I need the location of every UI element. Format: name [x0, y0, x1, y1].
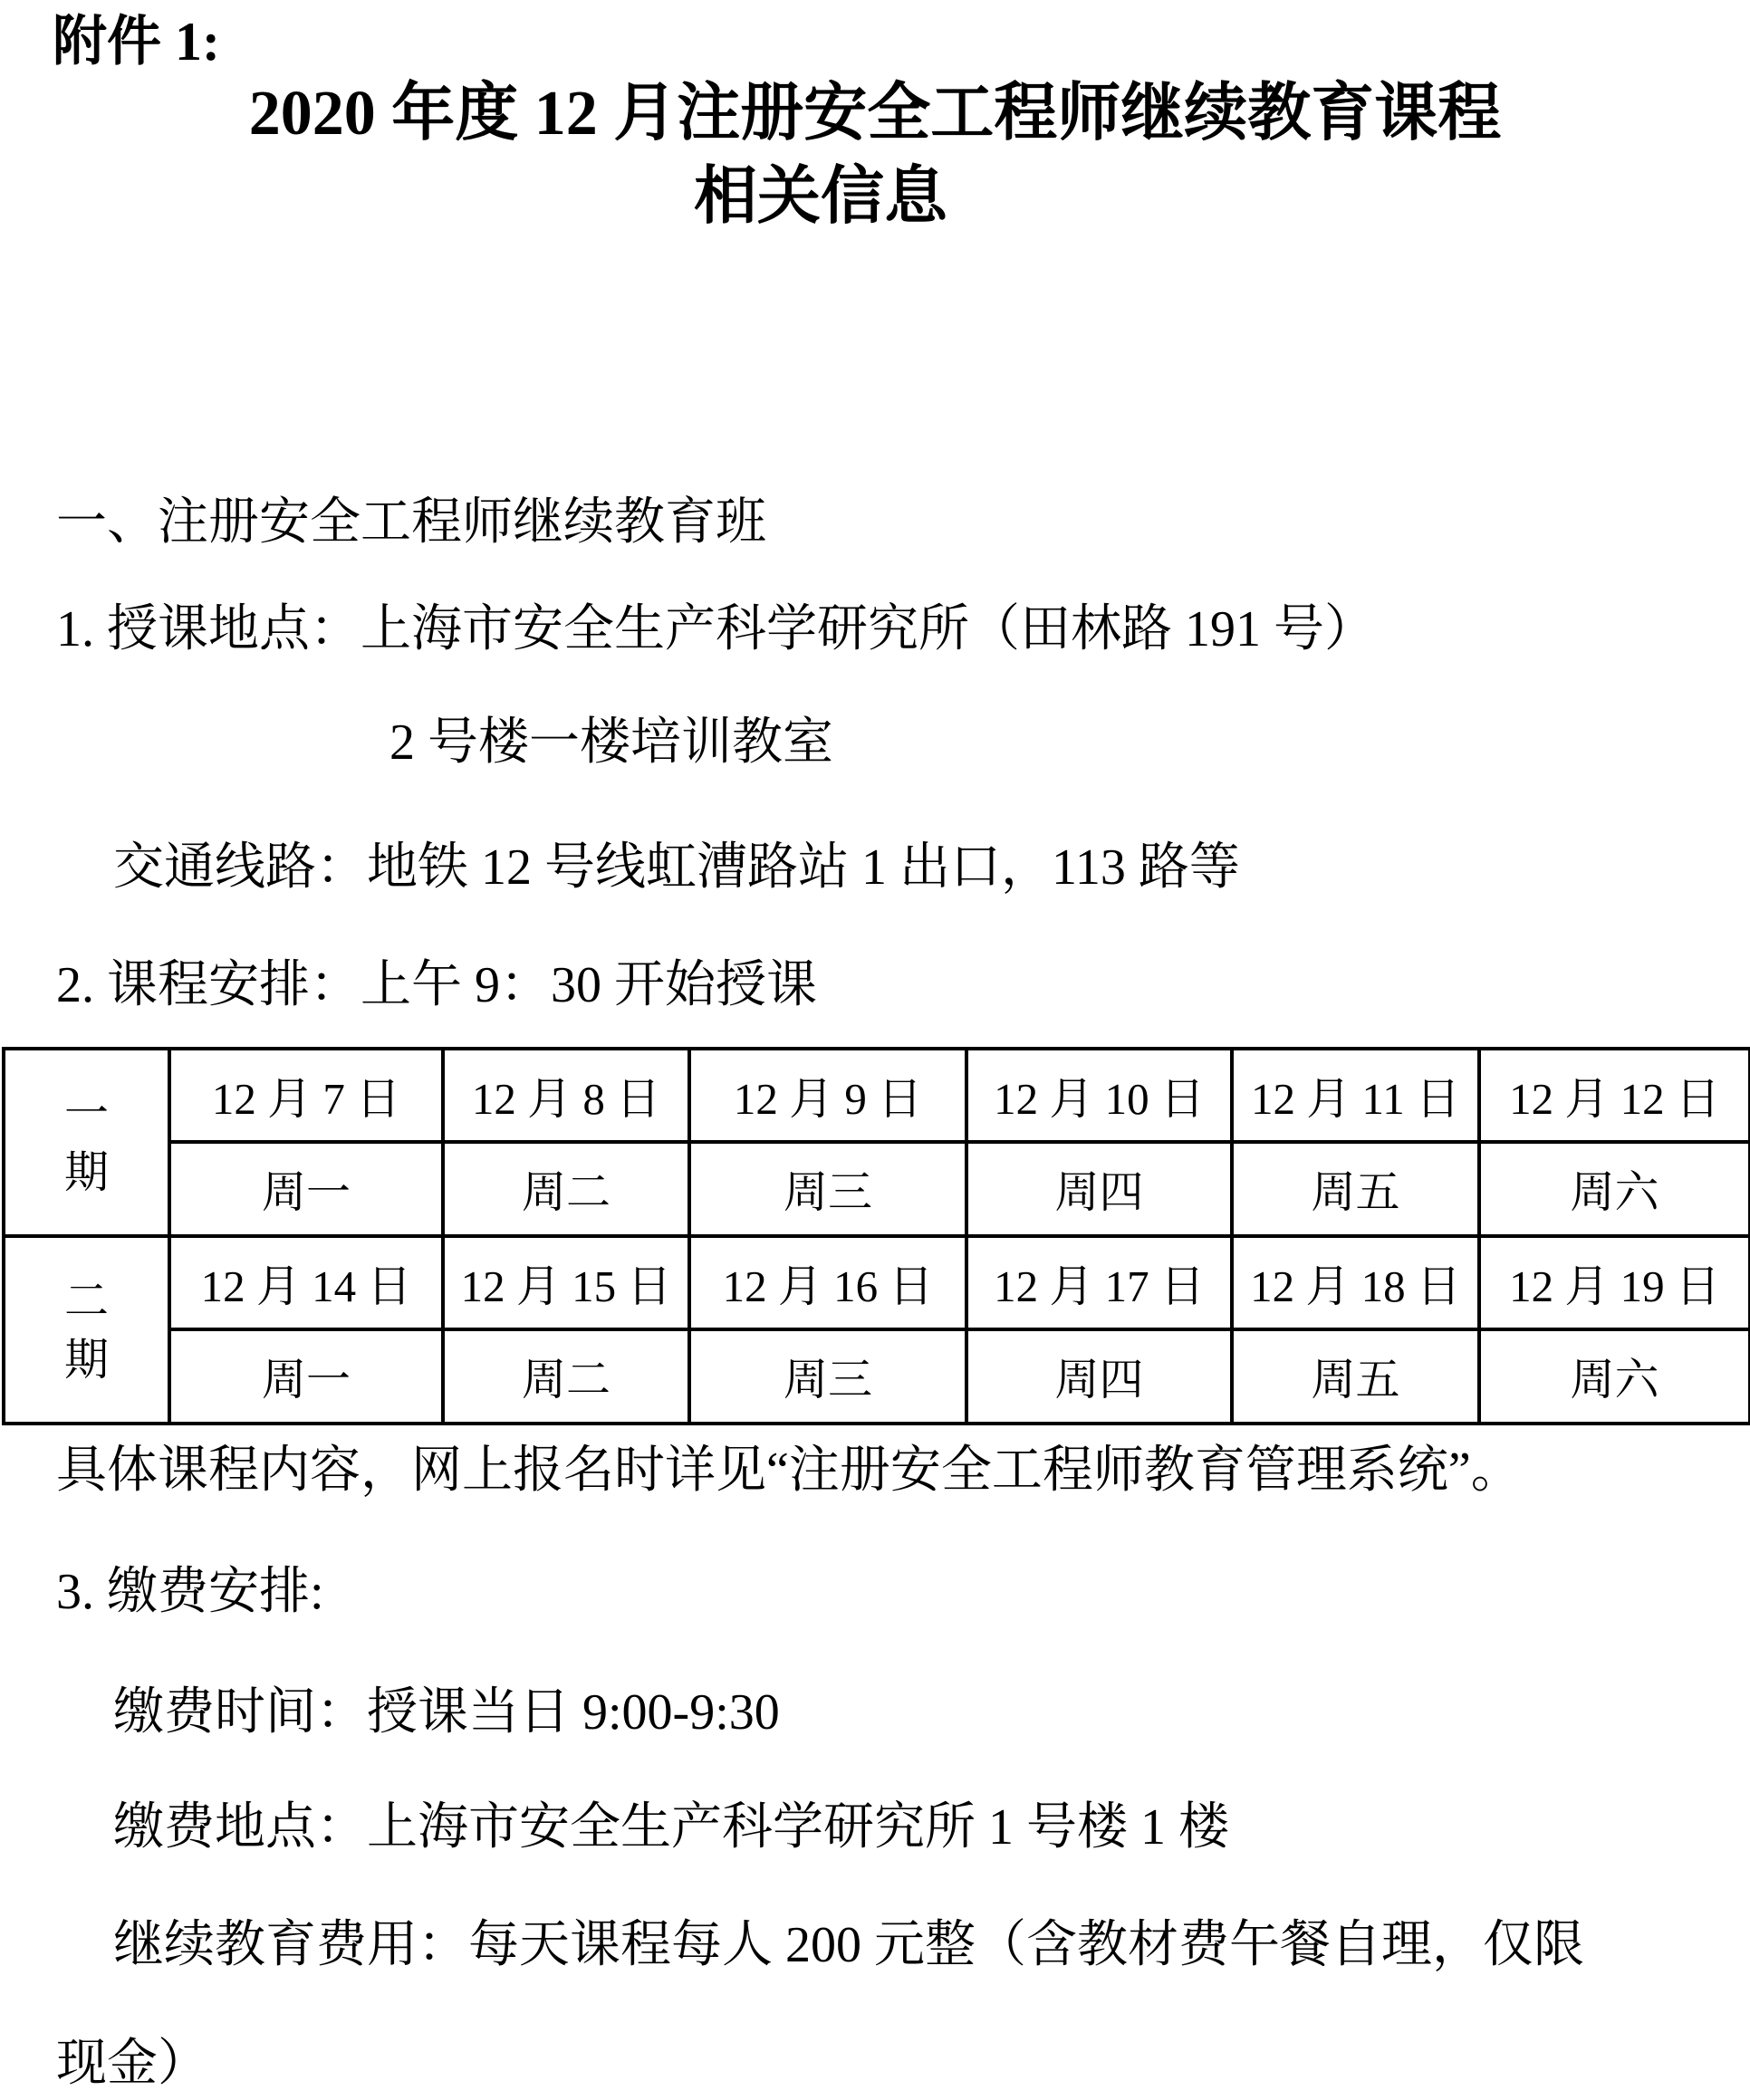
- weekday-cell: 周一: [169, 1142, 443, 1236]
- lecture-location-line: 1. 授课地点：上海市安全生产科学研究所（田林路 191 号）: [56, 600, 1375, 658]
- lecture-location-continuation: 2 号楼一楼培训教室: [389, 714, 833, 772]
- weekday-cell: 周四: [966, 1142, 1232, 1236]
- date-cell: 12 月 12 日: [1479, 1049, 1750, 1142]
- date-cell: 12 月 16 日: [689, 1236, 966, 1329]
- document-title-line1: 2020 年度 12 月注册安全工程师继续教育课程: [0, 78, 1750, 151]
- weekday-cell: 周五: [1232, 1142, 1479, 1236]
- weekday-cell: 周六: [1479, 1329, 1750, 1424]
- date-cell: 12 月 17 日: [966, 1236, 1232, 1329]
- fee-line-2: 现金）: [56, 2035, 208, 2093]
- payment-time-line: 缴费时间：授课当日 9:00-9:30: [113, 1683, 780, 1741]
- note-after-table: 具体课程内容，网上报名时详见“注册安全工程师教育管理系统”。: [56, 1442, 1522, 1500]
- weekday-cell: 周六: [1479, 1142, 1750, 1236]
- period1-label-char1: 一: [64, 1091, 109, 1136]
- document-page: { "page": { "attachment_label": "附件 1:",…: [0, 0, 1750, 2100]
- date-cell: 12 月 8 日: [443, 1049, 689, 1142]
- date-cell: 12 月 9 日: [689, 1049, 966, 1142]
- document-title-line2: 相关信息: [0, 161, 1641, 235]
- weekday-cell: 周一: [169, 1329, 443, 1424]
- date-cell: 12 月 11 日: [1232, 1049, 1479, 1142]
- weekday-cell: 周二: [443, 1142, 689, 1236]
- weekday-cell: 周三: [689, 1142, 966, 1236]
- weekday-cell: 周四: [966, 1329, 1232, 1424]
- date-cell: 12 月 14 日: [169, 1236, 443, 1329]
- attachment-label: 附件 1:: [53, 11, 220, 73]
- date-cell: 12 月 7 日: [169, 1049, 443, 1142]
- period2-label-char1: 二: [64, 1279, 109, 1323]
- course-schedule-line: 2. 课程安排：上午 9：30 开始授课: [56, 956, 817, 1014]
- period2-label-cell: 二 期: [4, 1236, 169, 1424]
- period2-weekday-row: 周一 周二 周三 周四 周五 周六: [4, 1329, 1750, 1424]
- section1-heading: 一、注册安全工程师继续教育班: [56, 494, 766, 551]
- payment-place-line: 缴费地点：上海市安全生产科学研究所 1 号楼 1 楼: [113, 1798, 1229, 1856]
- period2-date-row: 二 期 12 月 14 日 12 月 15 日 12 月 16 日 12 月 1…: [4, 1236, 1750, 1329]
- period1-date-row: 一 期 12 月 7 日 12 月 8 日 12 月 9 日 12 月 10 日…: [4, 1049, 1750, 1142]
- date-cell: 12 月 10 日: [966, 1049, 1232, 1142]
- period1-label-char2: 期: [64, 1150, 109, 1194]
- date-cell: 12 月 19 日: [1479, 1236, 1750, 1329]
- period1-label-cell: 一 期: [4, 1049, 169, 1236]
- fee-line-1: 继续教育费用：每天课程每人 200 元整（含教材费午餐自理，仅限: [113, 1916, 1584, 1974]
- date-cell: 12 月 15 日: [443, 1236, 689, 1329]
- weekday-cell: 周五: [1232, 1329, 1479, 1424]
- schedule-table: 一 期 12 月 7 日 12 月 8 日 12 月 9 日 12 月 10 日…: [2, 1047, 1750, 1425]
- period2-label-char2: 期: [64, 1338, 109, 1382]
- period1-weekday-row: 周一 周二 周三 周四 周五 周六: [4, 1142, 1750, 1236]
- weekday-cell: 周三: [689, 1329, 966, 1424]
- traffic-route-line: 交通线路：地铁 12 号线虹漕路站 1 出口，113 路等: [113, 839, 1240, 897]
- weekday-cell: 周二: [443, 1329, 689, 1424]
- payment-arrangement-heading: 3. 缴费安排:: [56, 1563, 324, 1621]
- date-cell: 12 月 18 日: [1232, 1236, 1479, 1329]
